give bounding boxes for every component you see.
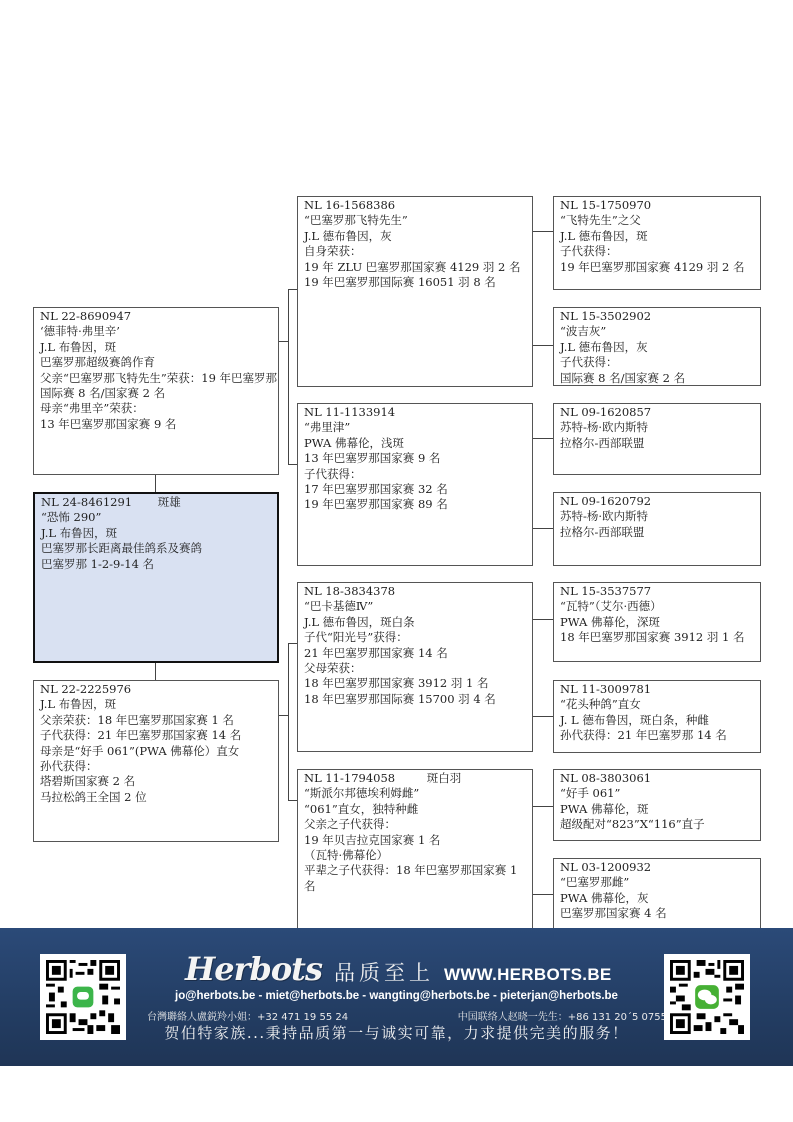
connector-g2b bbox=[532, 438, 554, 439]
connector-subject-sire bbox=[155, 474, 156, 494]
ring-number: NL 08-3803061 bbox=[560, 771, 760, 786]
pedigree-card-gen3-5: NL 15-3537577 “瓦特”（艾尔·西德） PWA 佛幕伦，深斑 18 … bbox=[553, 582, 761, 662]
connector-sire-vertical bbox=[288, 289, 289, 464]
connector-g2d-2 bbox=[532, 894, 554, 895]
contact-china: 中国联络人赵晓一先生：+86 131 20´5 0755 bbox=[458, 1008, 667, 1023]
footer-banner: Herbots 品质至上 WWW.HERBOTS.BE jo@herbots.b… bbox=[0, 928, 793, 1066]
contact-taiwan: 台灣聯絡人盧鋭羚小姐：+32 471 19 55 24 bbox=[147, 1008, 348, 1023]
pedigree-card-gen3-8: NL 03-1200932 “巴塞罗那雌” PWA 佛幕伦，灰 巴塞罗那国家赛 … bbox=[553, 858, 761, 931]
pedigree-card-gen3-2: NL 15-3502902 “波吉灰” J.L 德布鲁因，灰 子代获得： 国际赛… bbox=[553, 307, 761, 386]
connector-g2d bbox=[532, 806, 554, 807]
brand-slogan: 品质至上 bbox=[334, 957, 434, 987]
brand-row: Herbots 品质至上 WWW.HERBOTS.BE bbox=[185, 950, 625, 984]
ring-number: NL 15-3537577 bbox=[560, 584, 760, 599]
ring-number: NL 09-1620792 bbox=[560, 494, 760, 509]
pedigree-card-gen3-7: NL 08-3803061 “好手 061” PWA 佛幕伦，斑 超级配对“82… bbox=[553, 769, 761, 841]
ring-number: NL 03-1200932 bbox=[560, 860, 760, 875]
connector-sire-dam bbox=[288, 464, 297, 465]
contact-phones: 台灣聯絡人盧鋭羚小姐：+32 471 19 55 24 中国联络人赵晓一先生：+… bbox=[147, 1008, 667, 1023]
pedigree-card-sire-sire: NL 16-1568386 “巴塞罗那飞特先生” J.L 德布鲁因，灰 自身荣获… bbox=[297, 196, 533, 387]
ring-number: NL 22-8690947 bbox=[40, 309, 278, 324]
connector-g2a bbox=[532, 231, 554, 232]
connector-subject-dam bbox=[155, 661, 156, 681]
pedigree-card-sire: NL 22-8690947 ‘德菲特·弗里辛’ J.L 布鲁因，斑 巴塞罗那超级… bbox=[33, 307, 279, 475]
ring-number: NL 22-2225976 bbox=[40, 682, 278, 697]
connector-dam bbox=[278, 715, 288, 716]
connector-dam-sire bbox=[288, 643, 297, 644]
website-link[interactable]: WWW.HERBOTS.BE bbox=[444, 965, 612, 985]
pedigree-card-dam: NL 22-2225976 J.L 布鲁因，斑 父亲荣获：18 年巴塞罗那国家赛… bbox=[33, 680, 279, 842]
connector-dam-vertical bbox=[288, 643, 289, 800]
pedigree-card-dam-sire: NL 18-3834378 “巴卡基德Ⅳ” J.L 德布鲁因，斑白条 子代“阳光… bbox=[297, 582, 533, 752]
qr-pattern-icon bbox=[670, 960, 744, 1034]
ring-number: NL 24-8461291 bbox=[41, 495, 132, 509]
pedigree-card-gen3-1: NL 15-1750970 “飞特先生”之父 J.L 德布鲁因，斑 子代获得： … bbox=[553, 196, 761, 290]
connector-dam-dam bbox=[288, 800, 297, 801]
ring-number: NL 15-1750970 bbox=[560, 198, 760, 213]
herbots-logo: Herbots bbox=[185, 950, 322, 988]
pedigree-card-dam-dam: NL 11-1794058 斑白羽 “斯派尔邦德埃利姆雌” “061”直女，独特… bbox=[297, 769, 533, 931]
connector-g2a-2 bbox=[532, 345, 554, 346]
connector-sire bbox=[278, 341, 288, 342]
ring-number: NL 09-1620857 bbox=[560, 405, 760, 420]
pedigree-card-gen3-4: NL 09-1620792 苏特-杨·欧内斯特 拉格尔-西部联盟 bbox=[553, 492, 761, 566]
connector-g2c-2 bbox=[532, 716, 554, 717]
pedigree-card-gen3-6: NL 11-3009781 “花头种鸽”直女 J. L 德布鲁因，斑白条，种雌 … bbox=[553, 680, 761, 753]
pedigree-card-gen3-3: NL 09-1620857 苏特-杨·欧内斯特 拉格尔-西部联盟 bbox=[553, 403, 761, 475]
qr-code-wechat[interactable] bbox=[664, 954, 750, 1040]
ring-number: NL 11-1133914 bbox=[304, 405, 532, 420]
connector-sire-sire bbox=[288, 289, 297, 290]
connector-g2b-2 bbox=[532, 528, 554, 529]
ring-number: NL 15-3502902 bbox=[560, 309, 760, 324]
ring-number: NL 11-3009781 bbox=[560, 682, 760, 697]
sex-color: 斑雄 bbox=[158, 495, 181, 509]
ring-number: NL 16-1568386 bbox=[304, 198, 532, 213]
ring-number: NL 11-1794058 bbox=[304, 771, 395, 785]
pedigree-card-sire-dam: NL 11-1133914 “弗里津” PWA 佛幕伦，浅斑 13 年巴塞罗那国… bbox=[297, 403, 533, 566]
pedigree-card-subject: NL 24-8461291 斑雄 “恐怖 290” J.L 布鲁因，斑 巴塞罗那… bbox=[33, 492, 279, 663]
ring-number: NL 18-3834378 bbox=[304, 584, 532, 599]
connector-g2c bbox=[532, 619, 554, 620]
sex-color: 斑白羽 bbox=[427, 771, 462, 785]
